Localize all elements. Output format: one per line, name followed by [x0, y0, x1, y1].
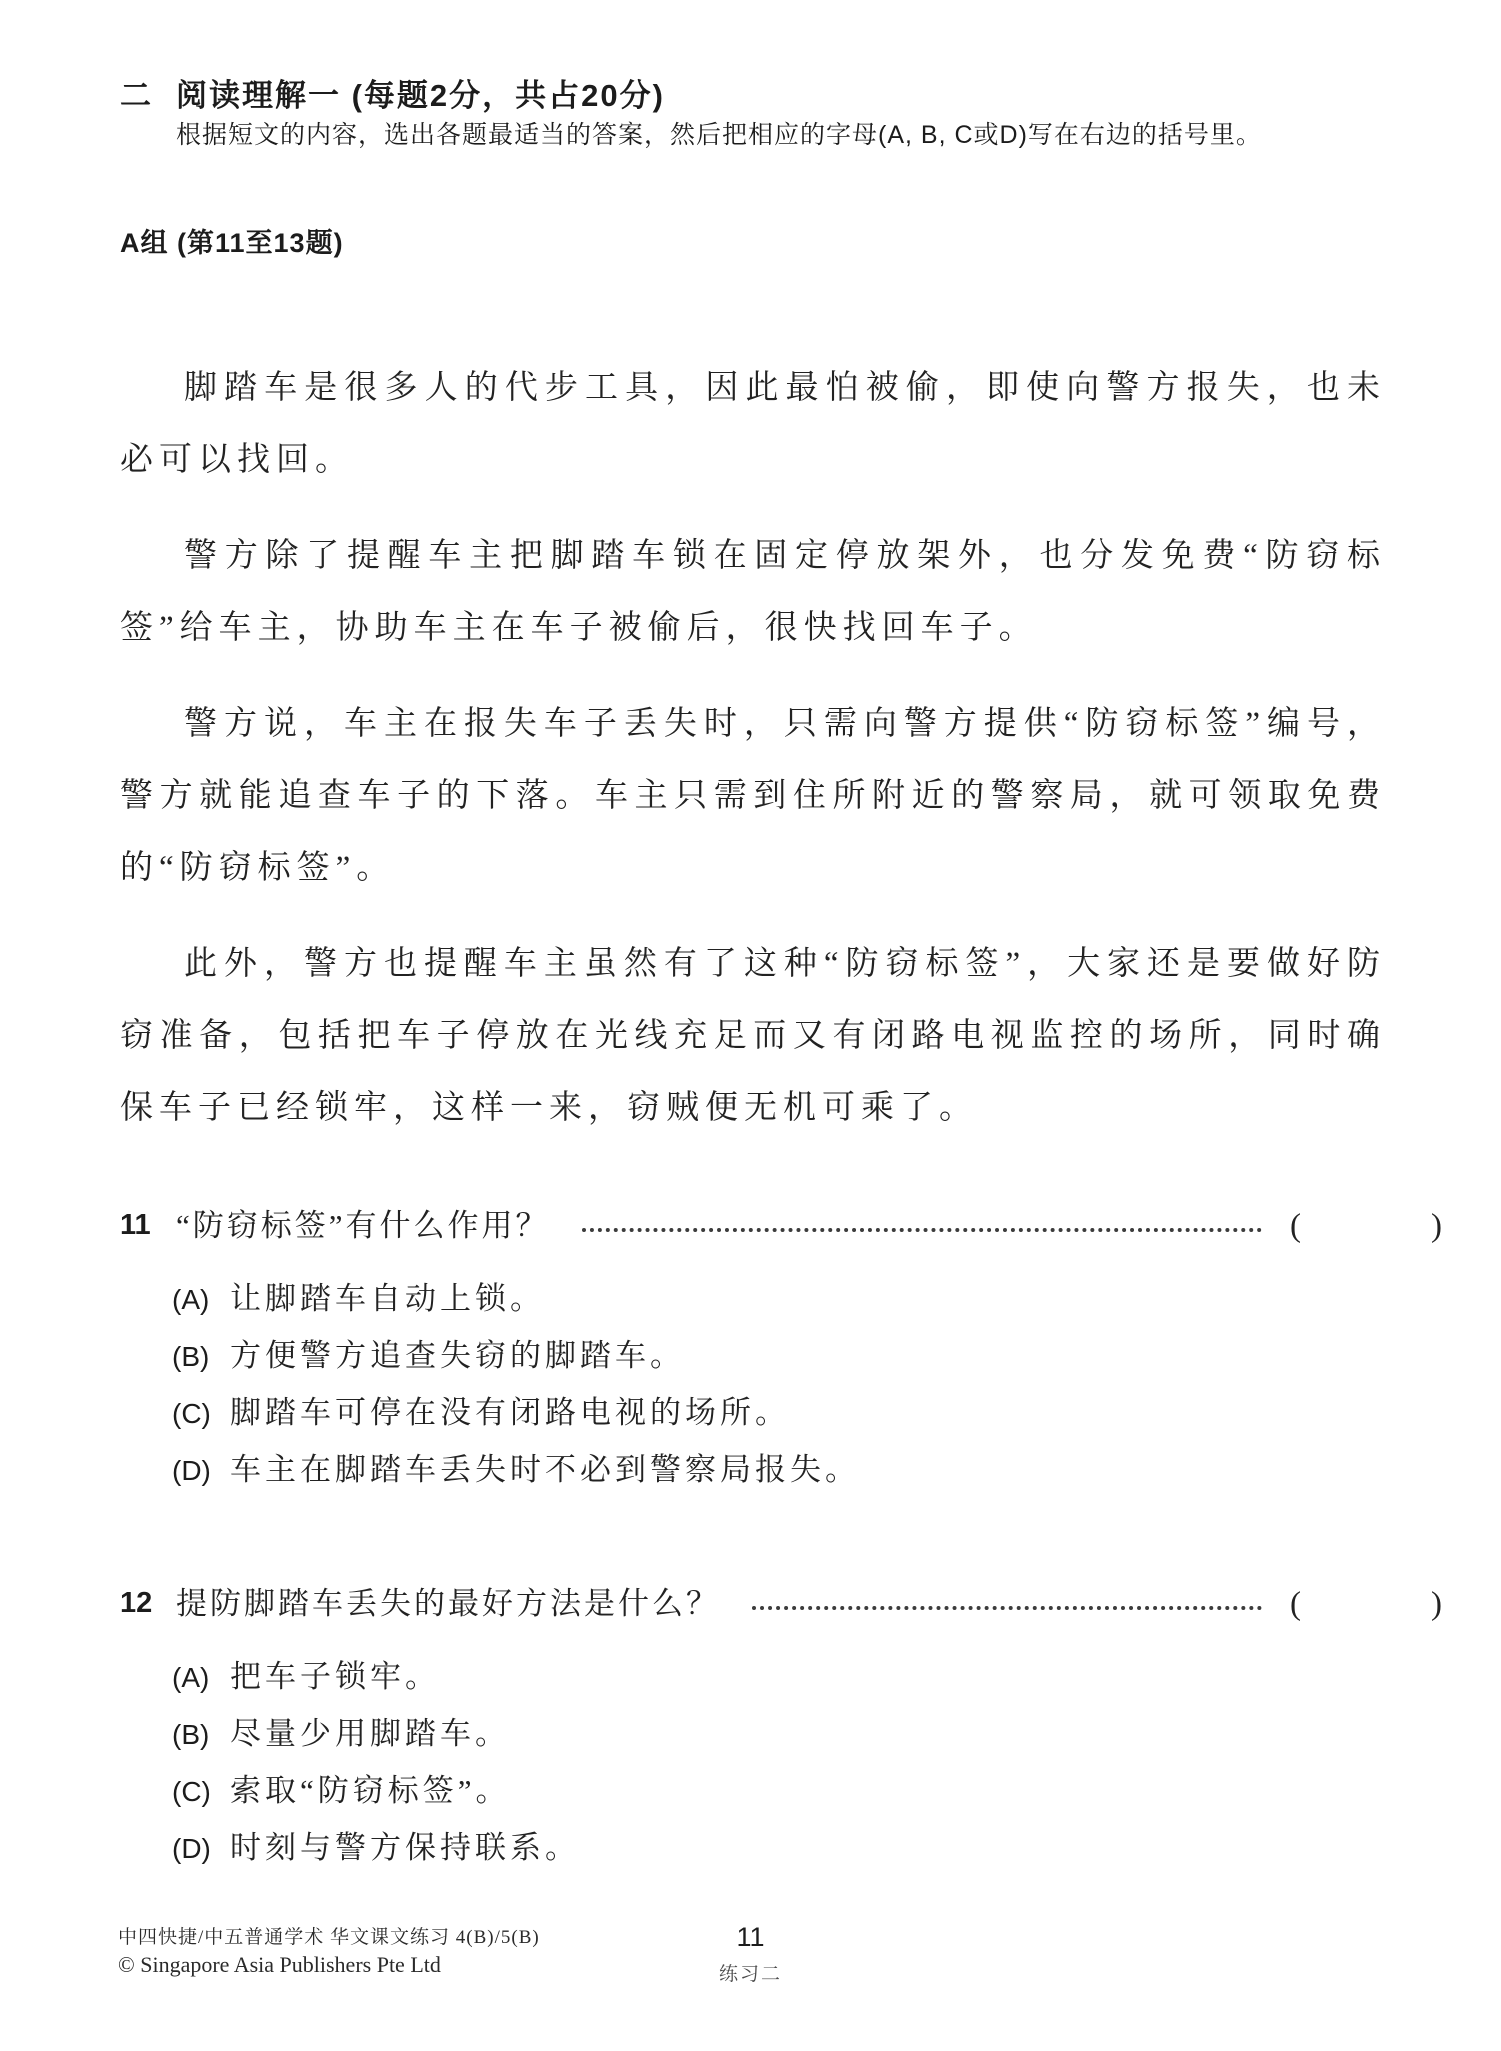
question-11: 11 “防窃标签”有什么作用？ ( ) (A) 让脚踏车自动上锁。 (B) 方便…: [120, 1200, 1442, 1501]
exercise-label: 练习二: [719, 1959, 782, 1986]
option-row: (D) 时刻与警方保持联系。: [172, 1822, 1442, 1879]
section-number: 二: [120, 70, 176, 115]
dotted-leader: [582, 1228, 1262, 1232]
reading-passage: 脚踏车是很多人的代步工具，因此最怕被偷，即使向警方报失，也未必可以找回。 警方除…: [120, 352, 1386, 1168]
passage-paragraph: 此外，警方也提醒车主虽然有了这种“防窃标签”，大家还是要做好防窃准备，包括把车子…: [120, 928, 1386, 1144]
option-text: 让脚踏车自动上锁。: [230, 1273, 545, 1318]
question-12-row: 12 提防脚踏车丢失的最好方法是什么？ ( ): [120, 1578, 1442, 1623]
footer-copyright: © Singapore Asia Publishers Pte Ltd: [118, 1951, 540, 1978]
section-title: 阅读理解一 (每题2分，共占20分): [176, 70, 1401, 115]
answer-brackets: ( ): [1290, 1586, 1442, 1623]
question-12-options: (A) 把车子锁牢。 (B) 尽量少用脚踏车。 (C) 索取“防窃标签”。 (D…: [172, 1651, 1442, 1879]
option-label: (B): [172, 1341, 230, 1373]
option-label: (D): [172, 1833, 230, 1865]
option-row: (B) 尽量少用脚踏车。: [172, 1708, 1442, 1765]
option-text: 尽量少用脚踏车。: [230, 1708, 510, 1753]
option-row: (A) 让脚踏车自动上锁。: [172, 1273, 1442, 1330]
option-label: (A): [172, 1284, 230, 1316]
question-11-options: (A) 让脚踏车自动上锁。 (B) 方便警方追查失窃的脚踏车。 (C) 脚踏车可…: [172, 1273, 1442, 1501]
passage-paragraph: 警方说，车主在报失车子丢失时，只需向警方提供“防窃标签”编号，警方就能追查车子的…: [120, 688, 1386, 904]
question-text: “防窃标签”有什么作用？: [176, 1200, 550, 1245]
passage-paragraph: 警方除了提醒车主把脚踏车锁在固定停放架外，也分发免费“防窃标签”给车主，协助车主…: [120, 520, 1386, 664]
option-text: 索取“防窃标签”。: [230, 1765, 511, 1810]
instructions-text: 根据短文的内容，选出各题最适当的答案，然后把相应的字母(A, B, C或D)写在…: [176, 116, 1391, 154]
question-text: 提防脚踏车丢失的最好方法是什么？: [176, 1578, 720, 1623]
option-text: 脚踏车可停在没有闭路电视的场所。: [230, 1387, 790, 1432]
option-label: (D): [172, 1455, 230, 1487]
passage-paragraph: 脚踏车是很多人的代步工具，因此最怕被偷，即使向警方报失，也未必可以找回。: [120, 352, 1386, 496]
option-row: (C) 索取“防窃标签”。: [172, 1765, 1442, 1822]
worksheet-page: 二 阅读理解一 (每题2分，共占20分) 根据短文的内容，选出各题最适当的答案，…: [0, 0, 1501, 2051]
footer-book-title: 中四快捷/中五普通学术 华文课文练习 4(B)/5(B): [118, 1924, 540, 1951]
footer-publisher-info: 中四快捷/中五普通学术 华文课文练习 4(B)/5(B) © Singapore…: [118, 1924, 540, 1978]
question-number: 12: [120, 1587, 176, 1623]
dotted-leader: [752, 1606, 1262, 1610]
option-row: (A) 把车子锁牢。: [172, 1651, 1442, 1708]
answer-brackets: ( ): [1290, 1208, 1442, 1245]
bracket-open: (: [1290, 1208, 1301, 1245]
option-row: (B) 方便警方追查失窃的脚踏车。: [172, 1330, 1442, 1387]
option-text: 车主在脚踏车丢失时不必到警察局报失。: [230, 1444, 860, 1489]
bracket-close: ): [1431, 1586, 1442, 1623]
option-text: 方便警方追查失窃的脚踏车。: [230, 1330, 685, 1375]
footer-page-info: 11 练习二: [719, 1922, 782, 1986]
section-header: 二 阅读理解一 (每题2分，共占20分): [120, 70, 1401, 115]
question-11-row: 11 “防窃标签”有什么作用？ ( ): [120, 1200, 1442, 1245]
question-number: 11: [120, 1209, 176, 1245]
option-label: (C): [172, 1398, 230, 1430]
option-row: (C) 脚踏车可停在没有闭路电视的场所。: [172, 1387, 1442, 1444]
option-text: 把车子锁牢。: [230, 1651, 440, 1696]
bracket-close: ): [1431, 1208, 1442, 1245]
option-text: 时刻与警方保持联系。: [230, 1822, 580, 1867]
question-12: 12 提防脚踏车丢失的最好方法是什么？ ( ) (A) 把车子锁牢。 (B) 尽…: [120, 1578, 1442, 1879]
bracket-open: (: [1290, 1586, 1301, 1623]
page-number: 11: [719, 1922, 782, 1953]
option-row: (D) 车主在脚踏车丢失时不必到警察局报失。: [172, 1444, 1442, 1501]
group-heading: A组 (第11至13题): [120, 221, 344, 260]
option-label: (B): [172, 1719, 230, 1751]
option-label: (A): [172, 1662, 230, 1694]
option-label: (C): [172, 1776, 230, 1808]
